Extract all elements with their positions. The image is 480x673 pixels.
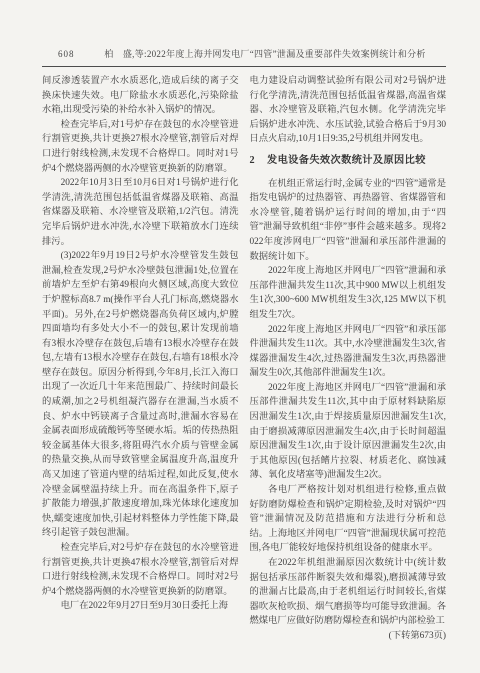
paragraph: 各电厂严格按计划对机组进行检修,重点做好防磨防爆检查和锅炉定期检验,及时对锅炉“… — [250, 483, 447, 556]
paragraph: 检查完毕后,对1号炉存在鼓包的水冷壁管进行割管更换,共计更换27根水冷壁管,割管… — [42, 118, 239, 176]
running-title: 柏 盛,等:2022年度上海并网发电厂“四管”泄漏及重要部件失效案例统计和分析 — [94, 47, 436, 60]
continuation-note: (下转第673页) — [250, 629, 447, 644]
section-heading: 2 发电设备失效次数统计及原因比较 — [250, 154, 447, 169]
paragraph: 2022年度上海地区并网电厂“四管”泄漏和承压部件泄漏共发生11次,其中900 … — [250, 264, 447, 322]
page-header: 608 柏 盛,等:2022年度上海并网发电厂“四管”泄漏及重要部件失效案例统计… — [42, 47, 446, 60]
section-title: 发电设备失效次数统计及原因比较 — [267, 154, 426, 169]
section-number: 2 — [250, 154, 256, 169]
journal-page: 608 柏 盛,等:2022年度上海并网发电厂“四管”泄漏及重要部件失效案例统计… — [0, 0, 480, 673]
paragraph: 2022年度上海地区并网电厂“四管”泄漏和承压部件泄漏共发生11次,其中由于原材… — [250, 381, 447, 483]
article-body: 间反渗透装置产水水质恶化,造成后续的离子交换床快速失效。电厂除盐水水质恶化,污染… — [42, 74, 446, 644]
paragraph: 电厂在2022年9月27日至9月30日委托上海 — [42, 599, 239, 614]
left-column: 间反渗透装置产水水质恶化,造成后续的离子交换床快速失效。电厂除盐水水质恶化,污染… — [42, 74, 239, 644]
paragraph: 检查完毕后,对2号炉存在鼓包的水冷壁管进行割管更换,共计更换47根水冷壁管,割管… — [42, 541, 239, 599]
paragraph: 在2022年机组泄漏原因次数统计中(统计数据包括承压部件断裂失效和爆裂),磨损减… — [250, 556, 447, 629]
paragraph: 2022年度上海地区并网电厂“四管”和承压部件泄漏共发生11次。其中,水冷壁泄漏… — [250, 323, 447, 381]
page-number: 608 — [42, 49, 94, 59]
paragraph-continued: 间反渗透装置产水水质恶化,造成后续的离子交换床快速失效。电厂除盐水水质恶化,污染… — [42, 74, 239, 118]
right-column: 电力建设启动调整试验所有限公司对2号锅炉进行化学清洗,清洗范围包括低温省煤器,高… — [250, 74, 447, 644]
paragraph-continued: 电力建设启动调整试验所有限公司对2号锅炉进行化学清洗,清洗范围包括低温省煤器,高… — [250, 74, 447, 147]
header-rule — [42, 66, 446, 67]
paragraph: 2022年10月3日至10月6日对1号锅炉进行化学清洗,清洗范围包括低温省煤器及… — [42, 176, 239, 249]
paragraph: (3)2022年9月19日2号炉水冷壁管发生鼓包泄漏,检查发现,2号炉水冷壁鼓包… — [42, 249, 239, 541]
paragraph: 在机组正常运行时,金属专业的“四管”通常是指发电锅炉的过热器管、再热器管、省煤器… — [250, 177, 447, 265]
